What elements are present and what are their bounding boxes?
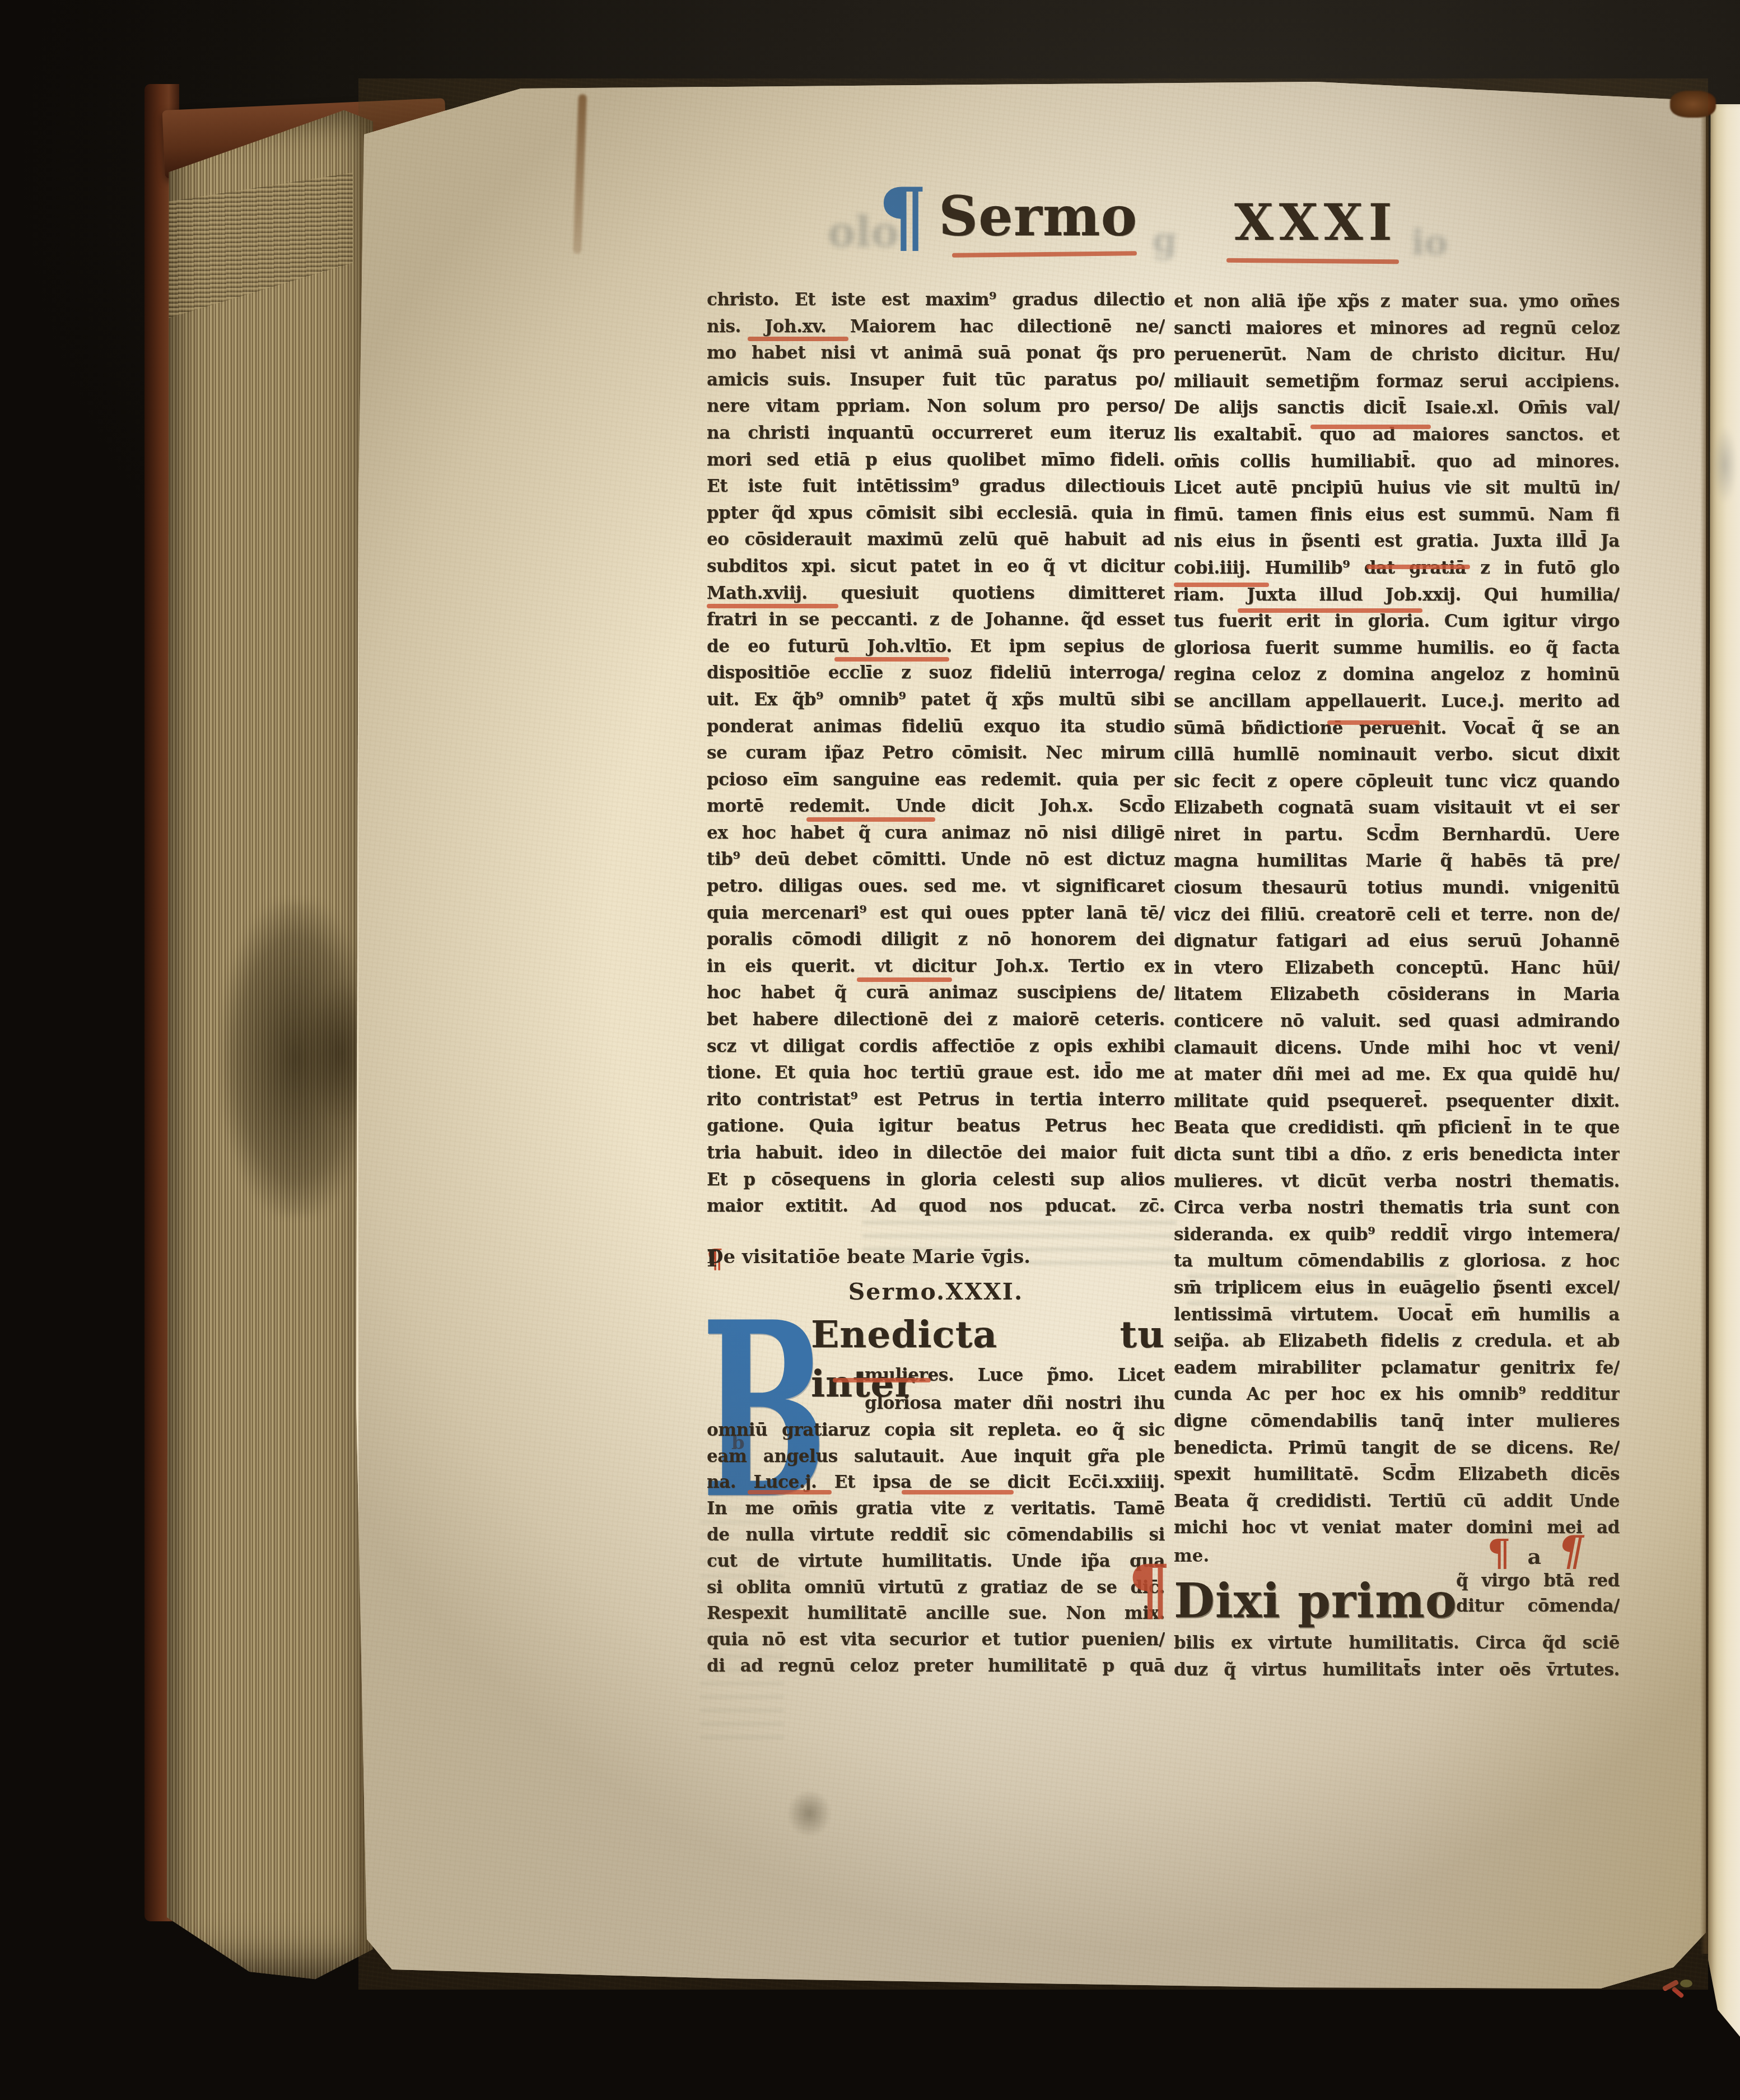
page-edges-stack: [167, 106, 373, 1983]
smudge-mark: [1713, 426, 1737, 504]
facing-page-edge: [1708, 104, 1740, 2037]
photo-vignette: [358, 78, 1708, 1990]
page-edges-top: [168, 173, 353, 318]
book-photo: olo g io ¶ Sermo XXXI christo. Et iste e…: [0, 0, 1740, 2100]
